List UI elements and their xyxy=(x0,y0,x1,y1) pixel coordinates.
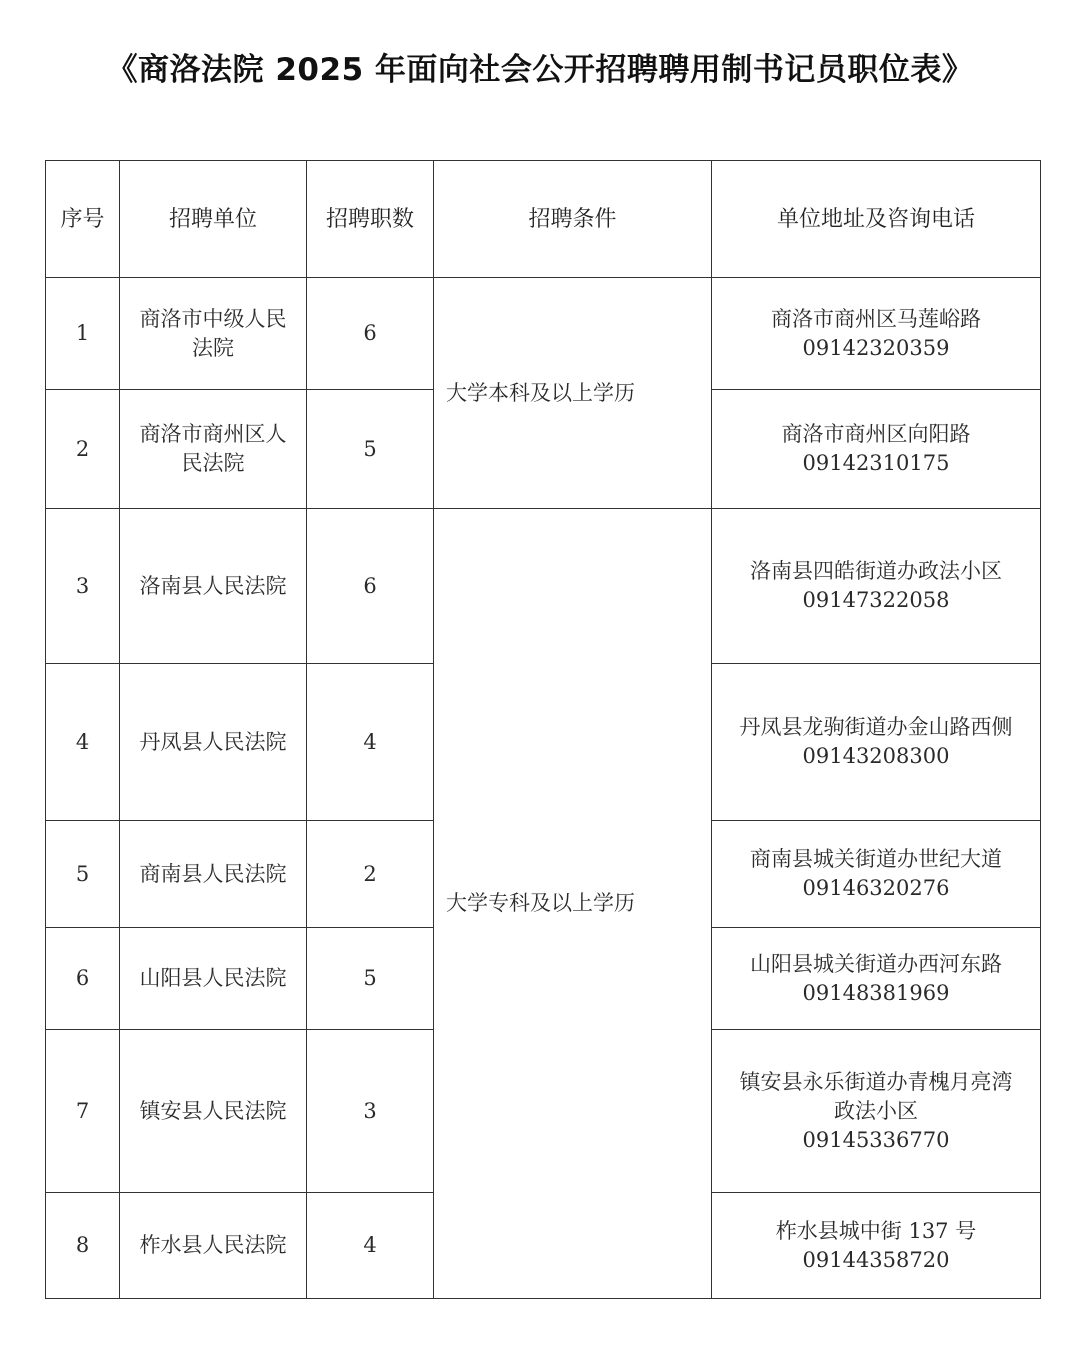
header-count: 招聘职数 xyxy=(307,161,434,278)
row-unit: 镇安县人民法院 xyxy=(120,1030,307,1193)
table-row: 1 商洛市中级人民法院 6 大学本科及以上学历 商洛市商州区马莲峪路091423… xyxy=(46,278,1041,390)
row-index: 5 xyxy=(46,821,120,928)
row-index: 8 xyxy=(46,1193,120,1299)
row-count: 4 xyxy=(307,664,434,821)
row-count: 3 xyxy=(307,1030,434,1193)
row-index: 6 xyxy=(46,928,120,1030)
row-unit: 丹凤县人民法院 xyxy=(120,664,307,821)
document-title: 《商洛法院 2025 年面向社会公开招聘聘用制书记员职位表》 xyxy=(0,44,1080,89)
row-index: 3 xyxy=(46,509,120,664)
row-address-phone: 洛南县四皓街道办政法小区09147322058 xyxy=(712,509,1041,664)
row-index: 7 xyxy=(46,1030,120,1193)
row-condition: 大学专科及以上学历 xyxy=(434,509,712,1299)
header-condition: 招聘条件 xyxy=(434,161,712,278)
row-address-phone: 柞水县城中街 137 号09144358720 xyxy=(712,1193,1041,1299)
row-unit: 洛南县人民法院 xyxy=(120,509,307,664)
row-address-phone: 商南县城关街道办世纪大道09146320276 xyxy=(712,821,1041,928)
row-index: 4 xyxy=(46,664,120,821)
row-address-phone: 镇安县永乐街道办青槐月亮湾政法小区09145336770 xyxy=(712,1030,1041,1193)
table-row: 3 洛南县人民法院 6 大学专科及以上学历 洛南县四皓街道办政法小区091473… xyxy=(46,509,1041,664)
header-index: 序号 xyxy=(46,161,120,278)
row-count: 6 xyxy=(307,509,434,664)
row-unit: 商洛市商州区人民法院 xyxy=(120,390,307,509)
row-unit: 山阳县人民法院 xyxy=(120,928,307,1030)
row-address-phone: 山阳县城关街道办西河东路09148381969 xyxy=(712,928,1041,1030)
row-count: 2 xyxy=(307,821,434,928)
row-address-phone: 商洛市商州区向阳路09142310175 xyxy=(712,390,1041,509)
row-address-phone: 丹凤县龙驹街道办金山路西侧09143208300 xyxy=(712,664,1041,821)
row-index: 2 xyxy=(46,390,120,509)
row-unit: 商洛市中级人民法院 xyxy=(120,278,307,390)
header-address-phone: 单位地址及咨询电话 xyxy=(712,161,1041,278)
positions-table: 序号 招聘单位 招聘职数 招聘条件 单位地址及咨询电话 1 商洛市中级人民法院 … xyxy=(45,160,1041,1299)
row-count: 5 xyxy=(307,928,434,1030)
header-unit: 招聘单位 xyxy=(120,161,307,278)
row-unit: 柞水县人民法院 xyxy=(120,1193,307,1299)
row-count: 5 xyxy=(307,390,434,509)
row-address-phone: 商洛市商州区马莲峪路09142320359 xyxy=(712,278,1041,390)
row-count: 4 xyxy=(307,1193,434,1299)
table-header-row: 序号 招聘单位 招聘职数 招聘条件 单位地址及咨询电话 xyxy=(46,161,1041,278)
row-index: 1 xyxy=(46,278,120,390)
row-count: 6 xyxy=(307,278,434,390)
row-unit: 商南县人民法院 xyxy=(120,821,307,928)
row-condition: 大学本科及以上学历 xyxy=(434,278,712,509)
